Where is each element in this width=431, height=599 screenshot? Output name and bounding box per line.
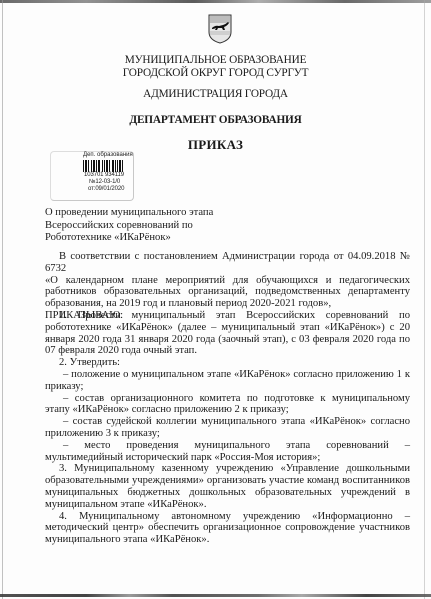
item-3: 3. Муниципальному казенному учреждению «…	[45, 463, 410, 510]
header-line-1: МУНИЦИПАЛЬНОЕ ОБРАЗОВАНИЕ	[0, 54, 431, 67]
order-subject: О проведении муниципального этапа Всерос…	[45, 207, 213, 245]
header-municipality: МУНИЦИПАЛЬНОЕ ОБРАЗОВАНИЕ ГОРОДСКОЙ ОКРУ…	[0, 54, 431, 80]
subject-line-1: О проведении муниципального этапа	[45, 207, 213, 220]
registration-stamp: Деп. образования 103701 934119 №12-03-1/…	[50, 151, 134, 201]
header-administration: АДМИНИСТРАЦИЯ ГОРОДА	[0, 88, 431, 100]
header-line-2: ГОРОДСКОЙ ОКРУГ ГОРОД СУРГУТ	[0, 67, 431, 80]
item-4: 4. Муниципальному автономному учреждению…	[45, 511, 410, 546]
stamp-title: Деп. образования	[83, 152, 133, 158]
subject-line-3: Робототехнике «ИКаРёнок»	[45, 232, 213, 245]
item-2-sub-3: – состав судейской коллегии муниципально…	[45, 416, 410, 440]
preamble-text: «О календарном плане мероприятий для обу…	[45, 275, 410, 310]
scan-bottom-edge	[0, 594, 431, 597]
order-items: 1. Провести муниципальный этап Всероссий…	[45, 310, 410, 546]
coat-of-arms-icon	[208, 14, 232, 44]
item-2-sub-1: – положение о муниципальном этапе «ИКаРё…	[45, 369, 410, 393]
item-1: 1. Провести муниципальный этап Всероссий…	[45, 310, 410, 357]
barcode-icon	[83, 160, 127, 172]
subject-line-2: Всероссийских соревнований по	[45, 220, 213, 233]
item-2-sub-2: – состав организационного комитета по по…	[45, 393, 410, 417]
stamp-reg-number: №12-03-1/0	[89, 179, 120, 185]
stamp-date: от:09/01/2020	[88, 186, 124, 192]
scan-top-edge	[0, 0, 431, 3]
document-page: МУНИЦИПАЛЬНОЕ ОБРАЗОВАНИЕ ГОРОДСКОЙ ОКРУ…	[0, 0, 431, 599]
item-2-title: 2. Утвердить:	[45, 357, 410, 369]
preamble-line-1: В соответствии с постановлением Админист…	[45, 251, 410, 275]
item-2-sub-4: – место проведения муниципального этапа …	[45, 440, 410, 464]
stamp-barcode-number: 103701 934119	[84, 172, 124, 178]
header-department: ДЕПАРТАМЕНТ ОБРАЗОВАНИЯ	[0, 114, 431, 126]
